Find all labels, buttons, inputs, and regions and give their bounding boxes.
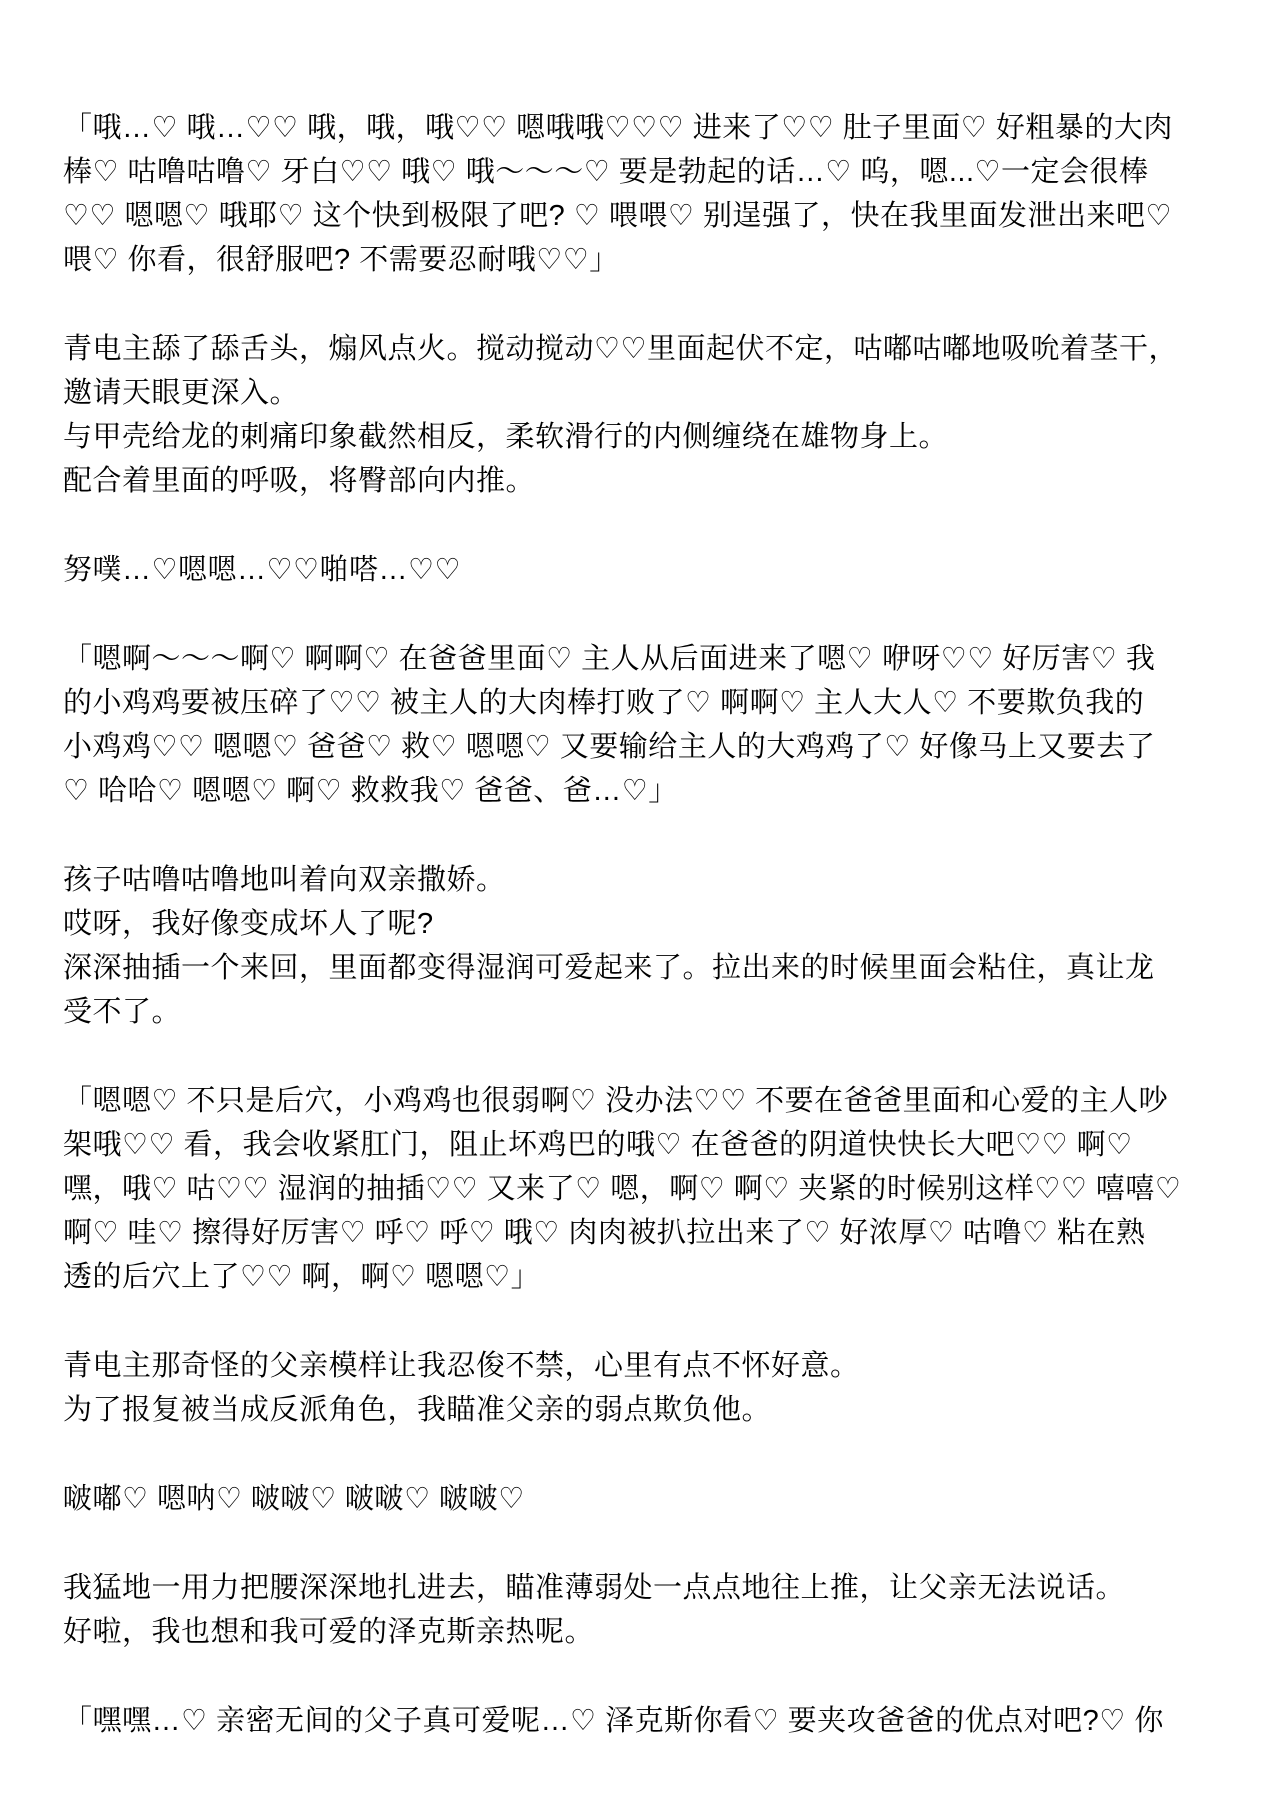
text-line: 嘿，哦♡ 咕♡♡ 湿润的抽插♡♡ 又来了♡ 嗯，啊♡ 啊♡ 夹紧的时候别这样♡♡… (63, 1167, 1230, 1211)
text-line: 受不了。 (63, 990, 1230, 1034)
text-line: 棒♡ 咕噜咕噜♡ 牙白♡♡ 哦♡ 哦～～～♡ 要是勃起的话…♡ 呜，嗯...♡一… (63, 150, 1230, 194)
paragraph-8: 啵嘟♡ 嗯呐♡ 啵啵♡ 啵啵♡ 啵啵♡ (63, 1477, 1230, 1521)
text-line: ♡ 哈哈♡ 嗯嗯♡ 啊♡ 救救我♡ 爸爸、爸…♡」 (63, 769, 1230, 813)
paragraph-9: 我猛地一用力把腰深深地扎进去，瞄准薄弱处一点点地往上推，让父亲无法说话。 好啦，… (63, 1566, 1230, 1654)
text-line: 与甲壳给龙的刺痛印象截然相反，柔软滑行的内侧缠绕在雄物身上。 (63, 415, 1230, 459)
text-line: 喂♡ 你看，很舒服吧? 不需要忍耐哦♡♡」 (63, 238, 1230, 282)
paragraph-1: 「哦…♡ 哦…♡♡ 哦，哦，哦♡♡ 嗯哦哦♡♡♡ 进来了♡♡ 肚子里面♡ 好粗暴… (63, 106, 1230, 282)
text-line: 好啦，我也想和我可爱的泽克斯亲热呢。 (63, 1610, 1230, 1654)
text-line: 「哦…♡ 哦…♡♡ 哦，哦，哦♡♡ 嗯哦哦♡♡♡ 进来了♡♡ 肚子里面♡ 好粗暴… (63, 106, 1230, 150)
text-line: 为了报复被当成反派角色，我瞄准父亲的弱点欺负他。 (63, 1388, 1230, 1432)
text-line: 啊♡ 哇♡ 擦得好厉害♡ 呼♡ 呼♡ 哦♡ 肉肉被扒拉出来了♡ 好浓厚♡ 咕噜♡… (63, 1211, 1230, 1255)
text-line: 「嗯嗯♡ 不只是后穴，小鸡鸡也很弱啊♡ 没办法♡♡ 不要在爸爸里面和心爱的主人吵 (63, 1079, 1230, 1123)
text-line: 努噗…♡嗯嗯…♡♡啪嗒…♡♡ (63, 548, 1230, 592)
text-line: 配合着里面的呼吸，将臀部向内推。 (63, 459, 1230, 503)
text-line: 「嗯啊〜〜〜啊♡ 啊啊♡ 在爸爸里面♡ 主人从后面进来了嗯♡ 咿呀♡♡ 好厉害♡… (63, 637, 1230, 681)
text-line: 深深抽插一个来回，里面都变得湿润可爱起来了。拉出来的时候里面会粘住，真让龙 (63, 946, 1230, 990)
text-line: 的小鸡鸡要被压碎了♡♡ 被主人的大肉棒打败了♡ 啊啊♡ 主人大人♡ 不要欺负我的 (63, 681, 1230, 725)
text-line: 透的后穴上了♡♡ 啊，啊♡ 嗯嗯♡」 (63, 1255, 1230, 1299)
document-content: 「哦…♡ 哦…♡♡ 哦，哦，哦♡♡ 嗯哦哦♡♡♡ 进来了♡♡ 肚子里面♡ 好粗暴… (63, 106, 1230, 1788)
paragraph-5: 孩子咕噜咕噜地叫着向双亲撒娇。 哎呀，我好像变成坏人了呢? 深深抽插一个来回，里… (63, 858, 1230, 1034)
paragraph-10: 「嘿嘿…♡ 亲密无间的父子真可爱呢…♡ 泽克斯你看♡ 要夹攻爸爸的优点对吧?♡ … (63, 1699, 1230, 1743)
text-line: 啵嘟♡ 嗯呐♡ 啵啵♡ 啵啵♡ 啵啵♡ (63, 1477, 1230, 1521)
text-line: 孩子咕噜咕噜地叫着向双亲撒娇。 (63, 858, 1230, 902)
text-line: 「嘿嘿…♡ 亲密无间的父子真可爱呢…♡ 泽克斯你看♡ 要夹攻爸爸的优点对吧?♡ … (63, 1699, 1230, 1743)
text-line: 哎呀，我好像变成坏人了呢? (63, 902, 1230, 946)
document-page: 「哦…♡ 哦…♡♡ 哦，哦，哦♡♡ 嗯哦哦♡♡♡ 进来了♡♡ 肚子里面♡ 好粗暴… (0, 0, 1280, 1810)
text-line: 邀请天眼更深入。 (63, 371, 1230, 415)
text-line: 我猛地一用力把腰深深地扎进去，瞄准薄弱处一点点地往上推，让父亲无法说话。 (63, 1566, 1230, 1610)
text-line: 青电主那奇怪的父亲模样让我忍俊不禁，心里有点不怀好意。 (63, 1344, 1230, 1388)
paragraph-2: 青电主舔了舔舌头，煽风点火。搅动搅动♡♡里面起伏不定，咕嘟咕嘟地吸吮着茎干， 邀… (63, 327, 1230, 503)
text-line: ♡♡ 嗯嗯♡ 哦耶♡ 这个快到极限了吧? ♡ 喂喂♡ 别逞强了，快在我里面发泄出… (63, 194, 1230, 238)
paragraph-6: 「嗯嗯♡ 不只是后穴，小鸡鸡也很弱啊♡ 没办法♡♡ 不要在爸爸里面和心爱的主人吵… (63, 1079, 1230, 1299)
text-line: 架哦♡♡ 看，我会收紧肛门，阻止坏鸡巴的哦♡ 在爸爸的阴道快快长大吧♡♡ 啊♡ (63, 1123, 1230, 1167)
paragraph-3: 努噗…♡嗯嗯…♡♡啪嗒…♡♡ (63, 548, 1230, 592)
paragraph-7: 青电主那奇怪的父亲模样让我忍俊不禁，心里有点不怀好意。 为了报复被当成反派角色，… (63, 1344, 1230, 1432)
paragraph-4: 「嗯啊〜〜〜啊♡ 啊啊♡ 在爸爸里面♡ 主人从后面进来了嗯♡ 咿呀♡♡ 好厉害♡… (63, 637, 1230, 813)
text-line: 小鸡鸡♡♡ 嗯嗯♡ 爸爸♡ 救♡ 嗯嗯♡ 又要输给主人的大鸡鸡了♡ 好像马上又要… (63, 725, 1230, 769)
text-line: 青电主舔了舔舌头，煽风点火。搅动搅动♡♡里面起伏不定，咕嘟咕嘟地吸吮着茎干， (63, 327, 1230, 371)
